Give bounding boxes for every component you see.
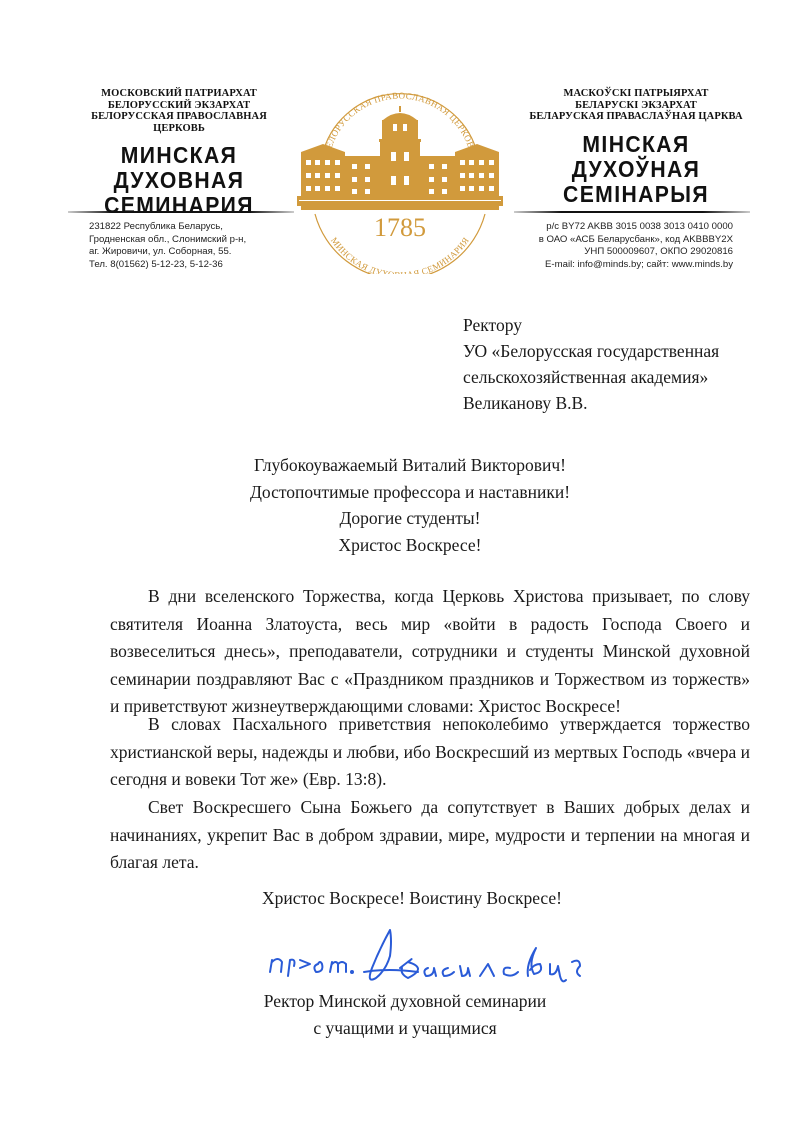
bank-account-line: р/с BY72 AKBB 3015 0038 3013 0410 0000 — [490, 221, 733, 234]
seminary-name-line: СЕМИНАРИЯ — [79, 193, 280, 218]
greeting-block: Глубокоуважаемый Виталий Викторович! Дос… — [0, 452, 800, 558]
body-paragraph: Свет Воскресшего Сына Божьего да сопутст… — [110, 794, 750, 877]
signatory-block: Ректор Минской духовной семинарии с учащ… — [0, 988, 800, 1041]
seminary-name-line: СЕМІНАРЫЯ — [533, 182, 739, 207]
hierarchy-line: МАСКОЎСКІ ПАТРЫЯРХАТ — [524, 88, 748, 100]
hierarchy-line: БЕЛАРУСКАЯ ПРАВАСЛАЎНАЯ ЦАРКВА — [524, 111, 748, 123]
recipient-line: Ректору — [463, 312, 719, 338]
seminary-logo: БЕЛОРУССКАЯ ПРАВОСЛАВНАЯ ЦЕРКОВЬ МИНСКАЯ… — [293, 84, 507, 274]
handwritten-signature — [268, 928, 668, 990]
greeting-line: Достопочтимые профессора и наставники! — [0, 479, 800, 506]
header-divider-left — [68, 211, 294, 213]
address-block: 231822 Республика Беларусь, Гродненская … — [89, 221, 299, 271]
seminary-building-emblem-icon: БЕЛОРУССКАЯ ПРАВОСЛАВНАЯ ЦЕРКОВЬ МИНСКАЯ… — [293, 84, 507, 274]
seminary-name-line: ДУХОЎНАЯ — [533, 157, 739, 182]
contact-line: E-mail: info@minds.by; сайт: www.minds.b… — [490, 259, 733, 272]
bank-name-line: в ОАО «АСБ Беларусбанк», код AKBBBY2X — [490, 234, 733, 247]
closing-line: Христос Воскресе! Воистину Воскресе! — [262, 885, 562, 911]
signatory-title: Ректор Минской духовной семинарии — [0, 988, 800, 1015]
greeting-line: Христос Воскресе! — [0, 532, 800, 559]
seminary-name-line: МІНСКАЯ — [533, 132, 739, 157]
signature-icon — [268, 928, 668, 990]
svg-text:1785: 1785 — [374, 213, 426, 242]
recipient-block: Ректору УО «Белорусская государственная … — [463, 312, 719, 416]
body-paragraph: В словах Пасхального приветствия непокол… — [110, 711, 750, 794]
signatory-subtitle: с учащими и учащимися — [0, 1015, 800, 1042]
seminary-name-line: МИНСКАЯ — [79, 143, 280, 168]
letterhead-left: МОСКОВСКИЙ ПАТРИАРХАТ БЕЛОРУССКИЙ ЭКЗАРХ… — [70, 88, 288, 218]
address-line: аг. Жировичи, ул. Соборная, 55. — [89, 246, 299, 259]
recipient-line: Великанову В.В. — [463, 390, 719, 416]
body-paragraph: В дни вселенского Торжества, когда Церко… — [110, 583, 750, 721]
phone-line: Тел. 8(01562) 5-12-23, 5-12-36 — [89, 259, 299, 272]
hierarchy-line: БЕЛОРУССКИЙ ЭКЗАРХАТ — [70, 100, 288, 112]
greeting-line: Глубокоуважаемый Виталий Викторович! — [0, 452, 800, 479]
address-line: 231822 Республика Беларусь, — [89, 221, 299, 234]
letterhead-right: МАСКОЎСКІ ПАТРЫЯРХАТ БЕЛАРУСКІ ЭКЗАРХАТ … — [524, 88, 748, 207]
hierarchy-line: БЕЛАРУСКІ ЭКЗАРХАТ — [524, 100, 748, 112]
bank-details-block: р/с BY72 AKBB 3015 0038 3013 0410 0000 в… — [490, 221, 733, 271]
address-line: Гродненская обл., Слонимский р-н, — [89, 234, 299, 247]
header-divider-right — [514, 211, 750, 213]
recipient-line: сельскохозяйственная академия» — [463, 364, 719, 390]
tax-id-line: УНП 500009607, ОКПО 29020816 — [490, 246, 733, 259]
recipient-line: УО «Белорусская государственная — [463, 338, 719, 364]
hierarchy-line: БЕЛОРУССКАЯ ПРАВОСЛАВНАЯ ЦЕРКОВЬ — [70, 111, 288, 134]
seminary-name-line: ДУХОВНАЯ — [79, 168, 280, 193]
greeting-line: Дорогие студенты! — [0, 505, 800, 532]
hierarchy-line: МОСКОВСКИЙ ПАТРИАРХАТ — [70, 88, 288, 100]
